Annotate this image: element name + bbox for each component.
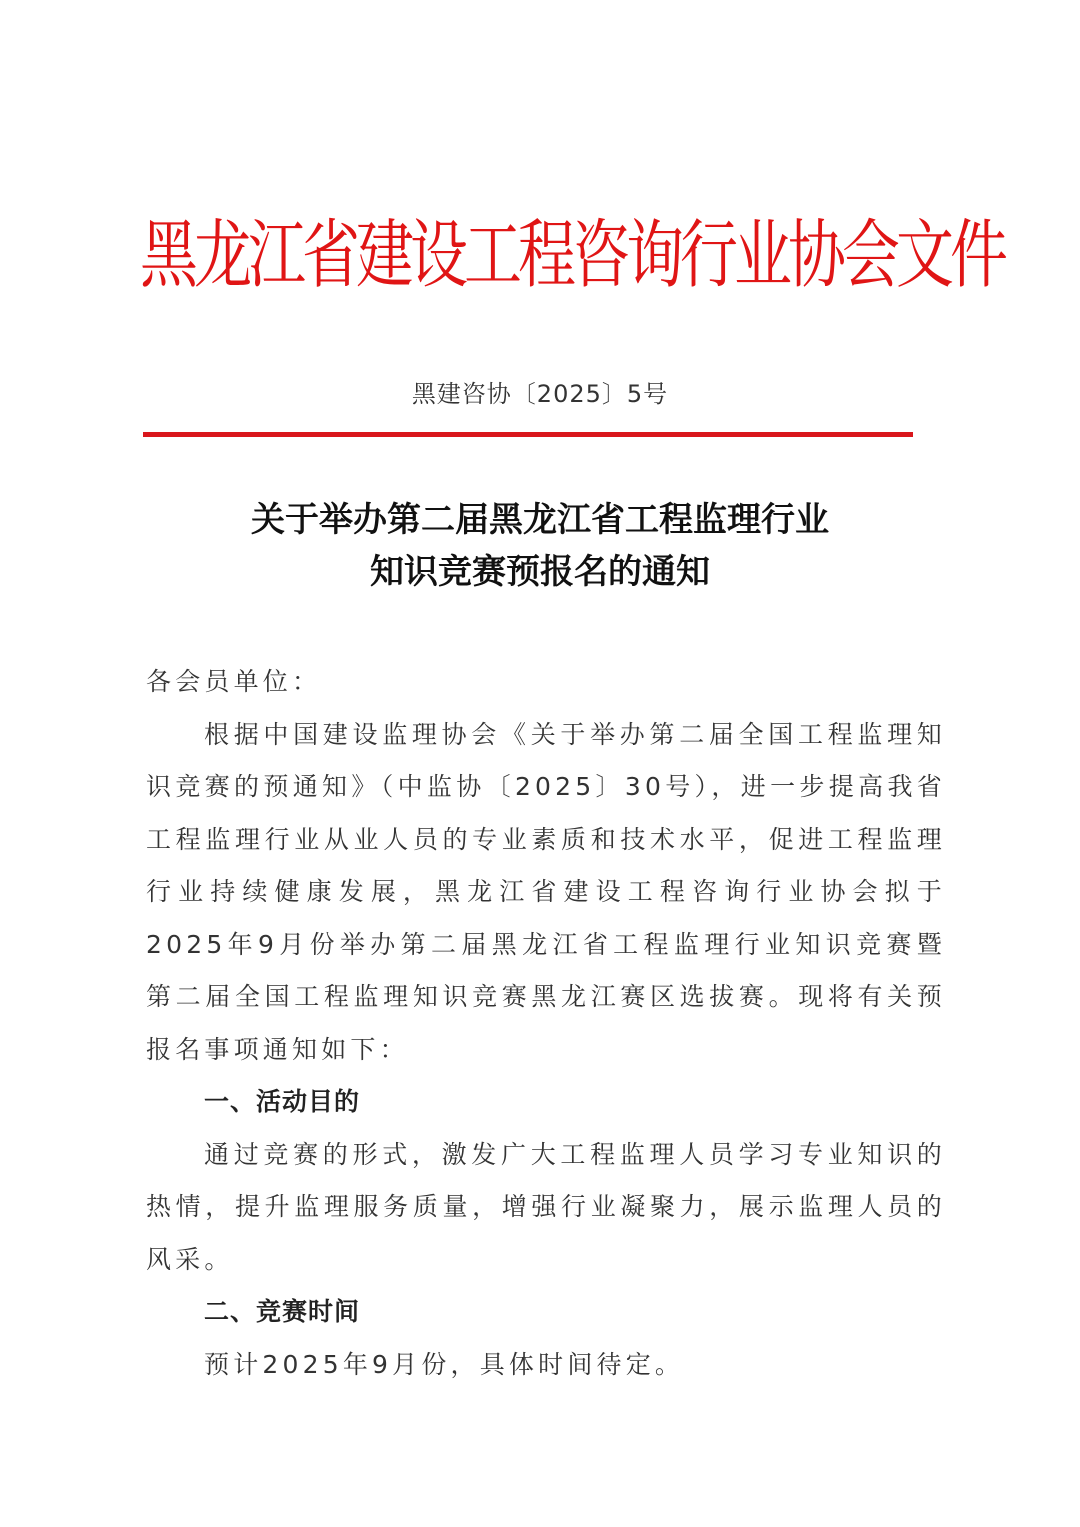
masthead-title: 黑龙江省建设工程咨询行业协会文件 [140,191,970,319]
notice-body: 各会员单位： 根据中国建设监理协会《关于举办第二届全国工程监理知识竞赛的预通知》… [146,656,946,1391]
section-content-purpose: 通过竞赛的形式，激发广大工程监理人员学习专业知识的热情，提升监理服务质量，增强行… [146,1129,946,1287]
intro-paragraph: 根据中国建设监理协会《关于举办第二届全国工程监理知识竞赛的预通知》（中监协〔20… [146,709,946,1077]
document-number: 黑建咨协〔2025〕5号 [0,374,1080,414]
notice-title: 关于举办第二届黑龙江省工程监理行业 知识竞赛预报名的通知 [0,494,1080,598]
section-content-time: 预计2025年9月份，具体时间待定。 [146,1339,946,1392]
notice-title-line-1: 关于举办第二届黑龙江省工程监理行业 [0,494,1080,546]
salutation: 各会员单位： [146,656,946,709]
document-page: 黑龙江省建设工程咨询行业协会文件 黑建咨协〔2025〕5号 关于举办第二届黑龙江… [0,0,1080,1527]
red-divider-rule [143,432,913,437]
notice-title-line-2: 知识竞赛预报名的通知 [0,546,1080,598]
section-heading-purpose: 一、活动目的 [146,1076,946,1129]
section-heading-time: 二、竞赛时间 [146,1286,946,1339]
